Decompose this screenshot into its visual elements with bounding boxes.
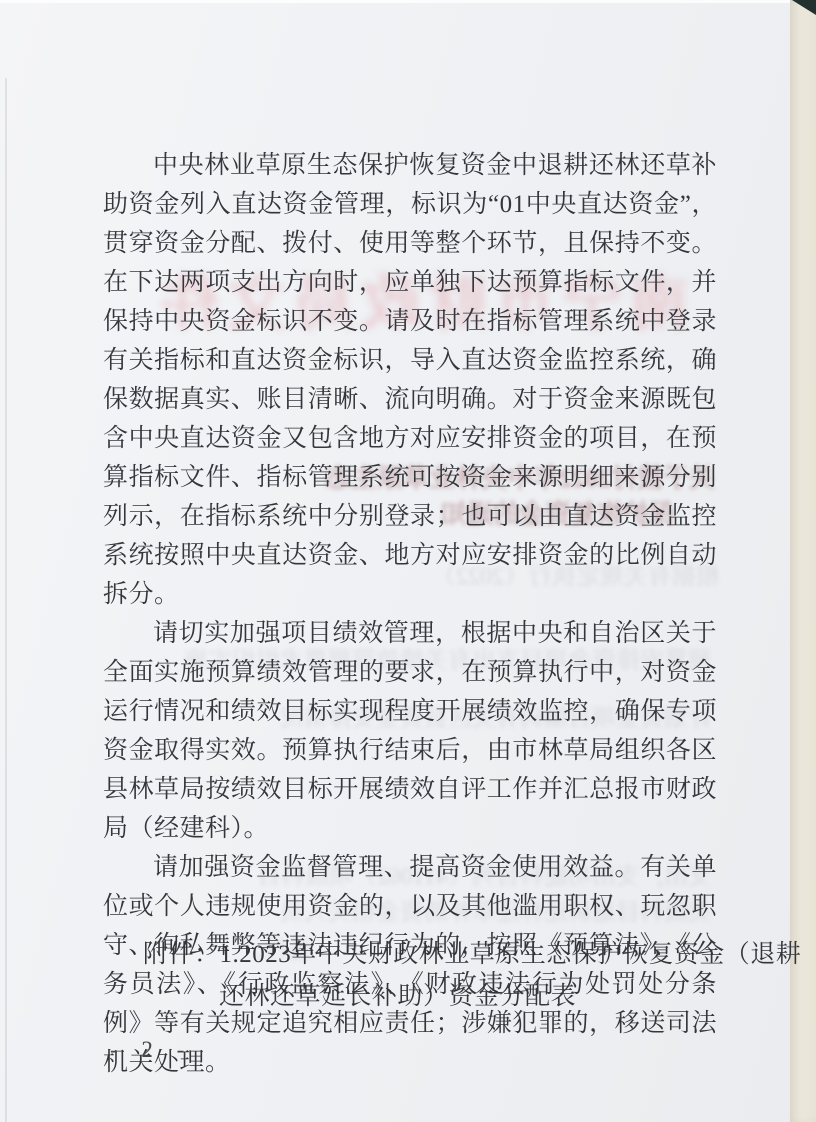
page-corner-fold <box>792 0 816 15</box>
attachment-line-1: 附件：1.2023年中央财政林业草原生态保护恢复资金（退耕 <box>143 934 733 976</box>
page-number: - 2 - <box>110 1037 193 1063</box>
scanned-page: 南宁市财政局文件 关于拨付2022年中央林业草原生态 保护恢复资金的通知 根据有… <box>0 0 816 1122</box>
attachment-section: 附件：1.2023年中央财政林业草原生态保护恢复资金（退耕 还林还草延长补助）资… <box>143 934 733 1018</box>
body-paragraph-1: 中央林业草原生态保护恢复资金中退耕还林还草补助资金列入直达资金管理，标识为“01… <box>103 146 717 614</box>
paper-left-edge-line <box>5 78 7 1122</box>
attachment-line-2: 还林还草延长补助）资金分配表 <box>143 976 733 1018</box>
paper-top-edge-highlight <box>0 0 790 3</box>
body-paragraph-2: 请切实加强项目绩效管理，根据中央和自治区关于全面实施预算绩效管理的要求，在预算执… <box>103 614 717 848</box>
